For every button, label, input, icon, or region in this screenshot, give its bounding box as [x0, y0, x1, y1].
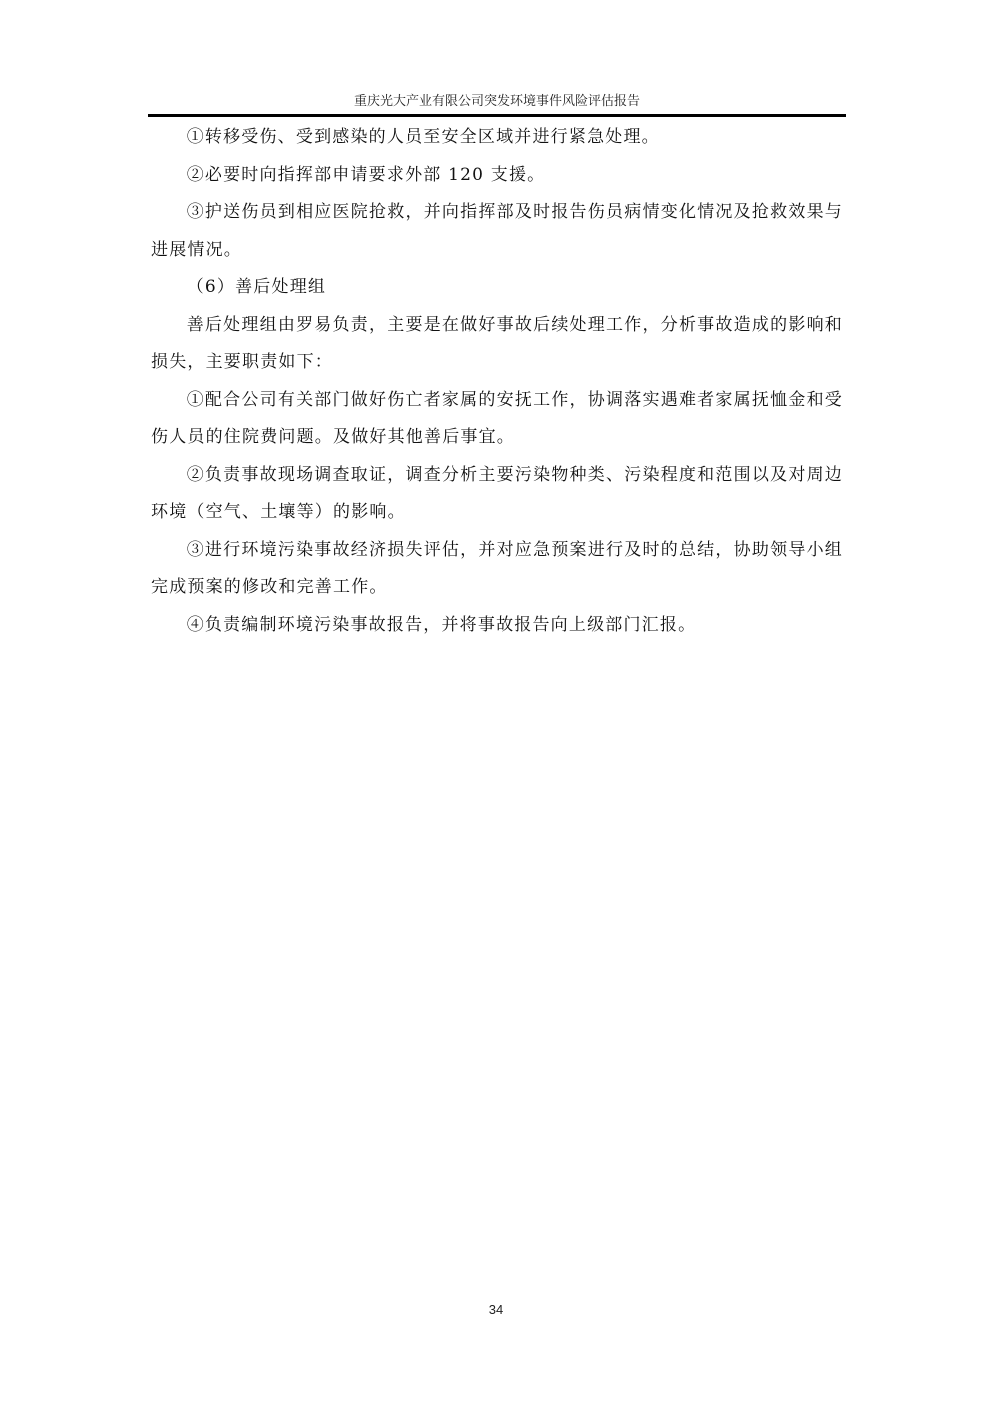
paragraph-duty-4: ④负责编制环境污染事故报告，并将事故报告向上级部门汇报。	[151, 607, 843, 645]
paragraph-duty-3: ③进行环境污染事故经济损失评估，并对应急预案进行及时的总结，协助领导小组完成预案…	[151, 532, 843, 607]
page-number: 34	[0, 1302, 992, 1317]
paragraph-aftermath-intro: 善后处理组由罗易负责，主要是在做好事故后续处理工作，分析事故造成的影响和损失，主…	[151, 307, 843, 382]
document-body: ①转移受伤、受到感染的人员至安全区域并进行紧急处理。 ②必要时向指挥部申请要求外…	[151, 119, 843, 644]
header-divider	[148, 114, 846, 117]
section-heading-aftermath-group: （6）善后处理组	[151, 269, 843, 307]
paragraph-transfer-injured: ①转移受伤、受到感染的人员至安全区域并进行紧急处理。	[151, 119, 843, 157]
paragraph-duty-1: ①配合公司有关部门做好伤亡者家属的安抚工作，协调落实遇难者家属抚恤金和受伤人员的…	[151, 382, 843, 457]
paragraph-duty-2: ②负责事故现场调查取证，调查分析主要污染物种类、污染程度和范围以及对周边环境（空…	[151, 457, 843, 532]
page-header-title: 重庆光大产业有限公司突发环境事件风险评估报告	[148, 93, 846, 111]
paragraph-request-120: ②必要时向指挥部申请要求外部 120 支援。	[151, 157, 843, 195]
paragraph-escort-wounded: ③护送伤员到相应医院抢救，并向指挥部及时报告伤员病情变化情况及抢救效果与进展情况…	[151, 194, 843, 269]
